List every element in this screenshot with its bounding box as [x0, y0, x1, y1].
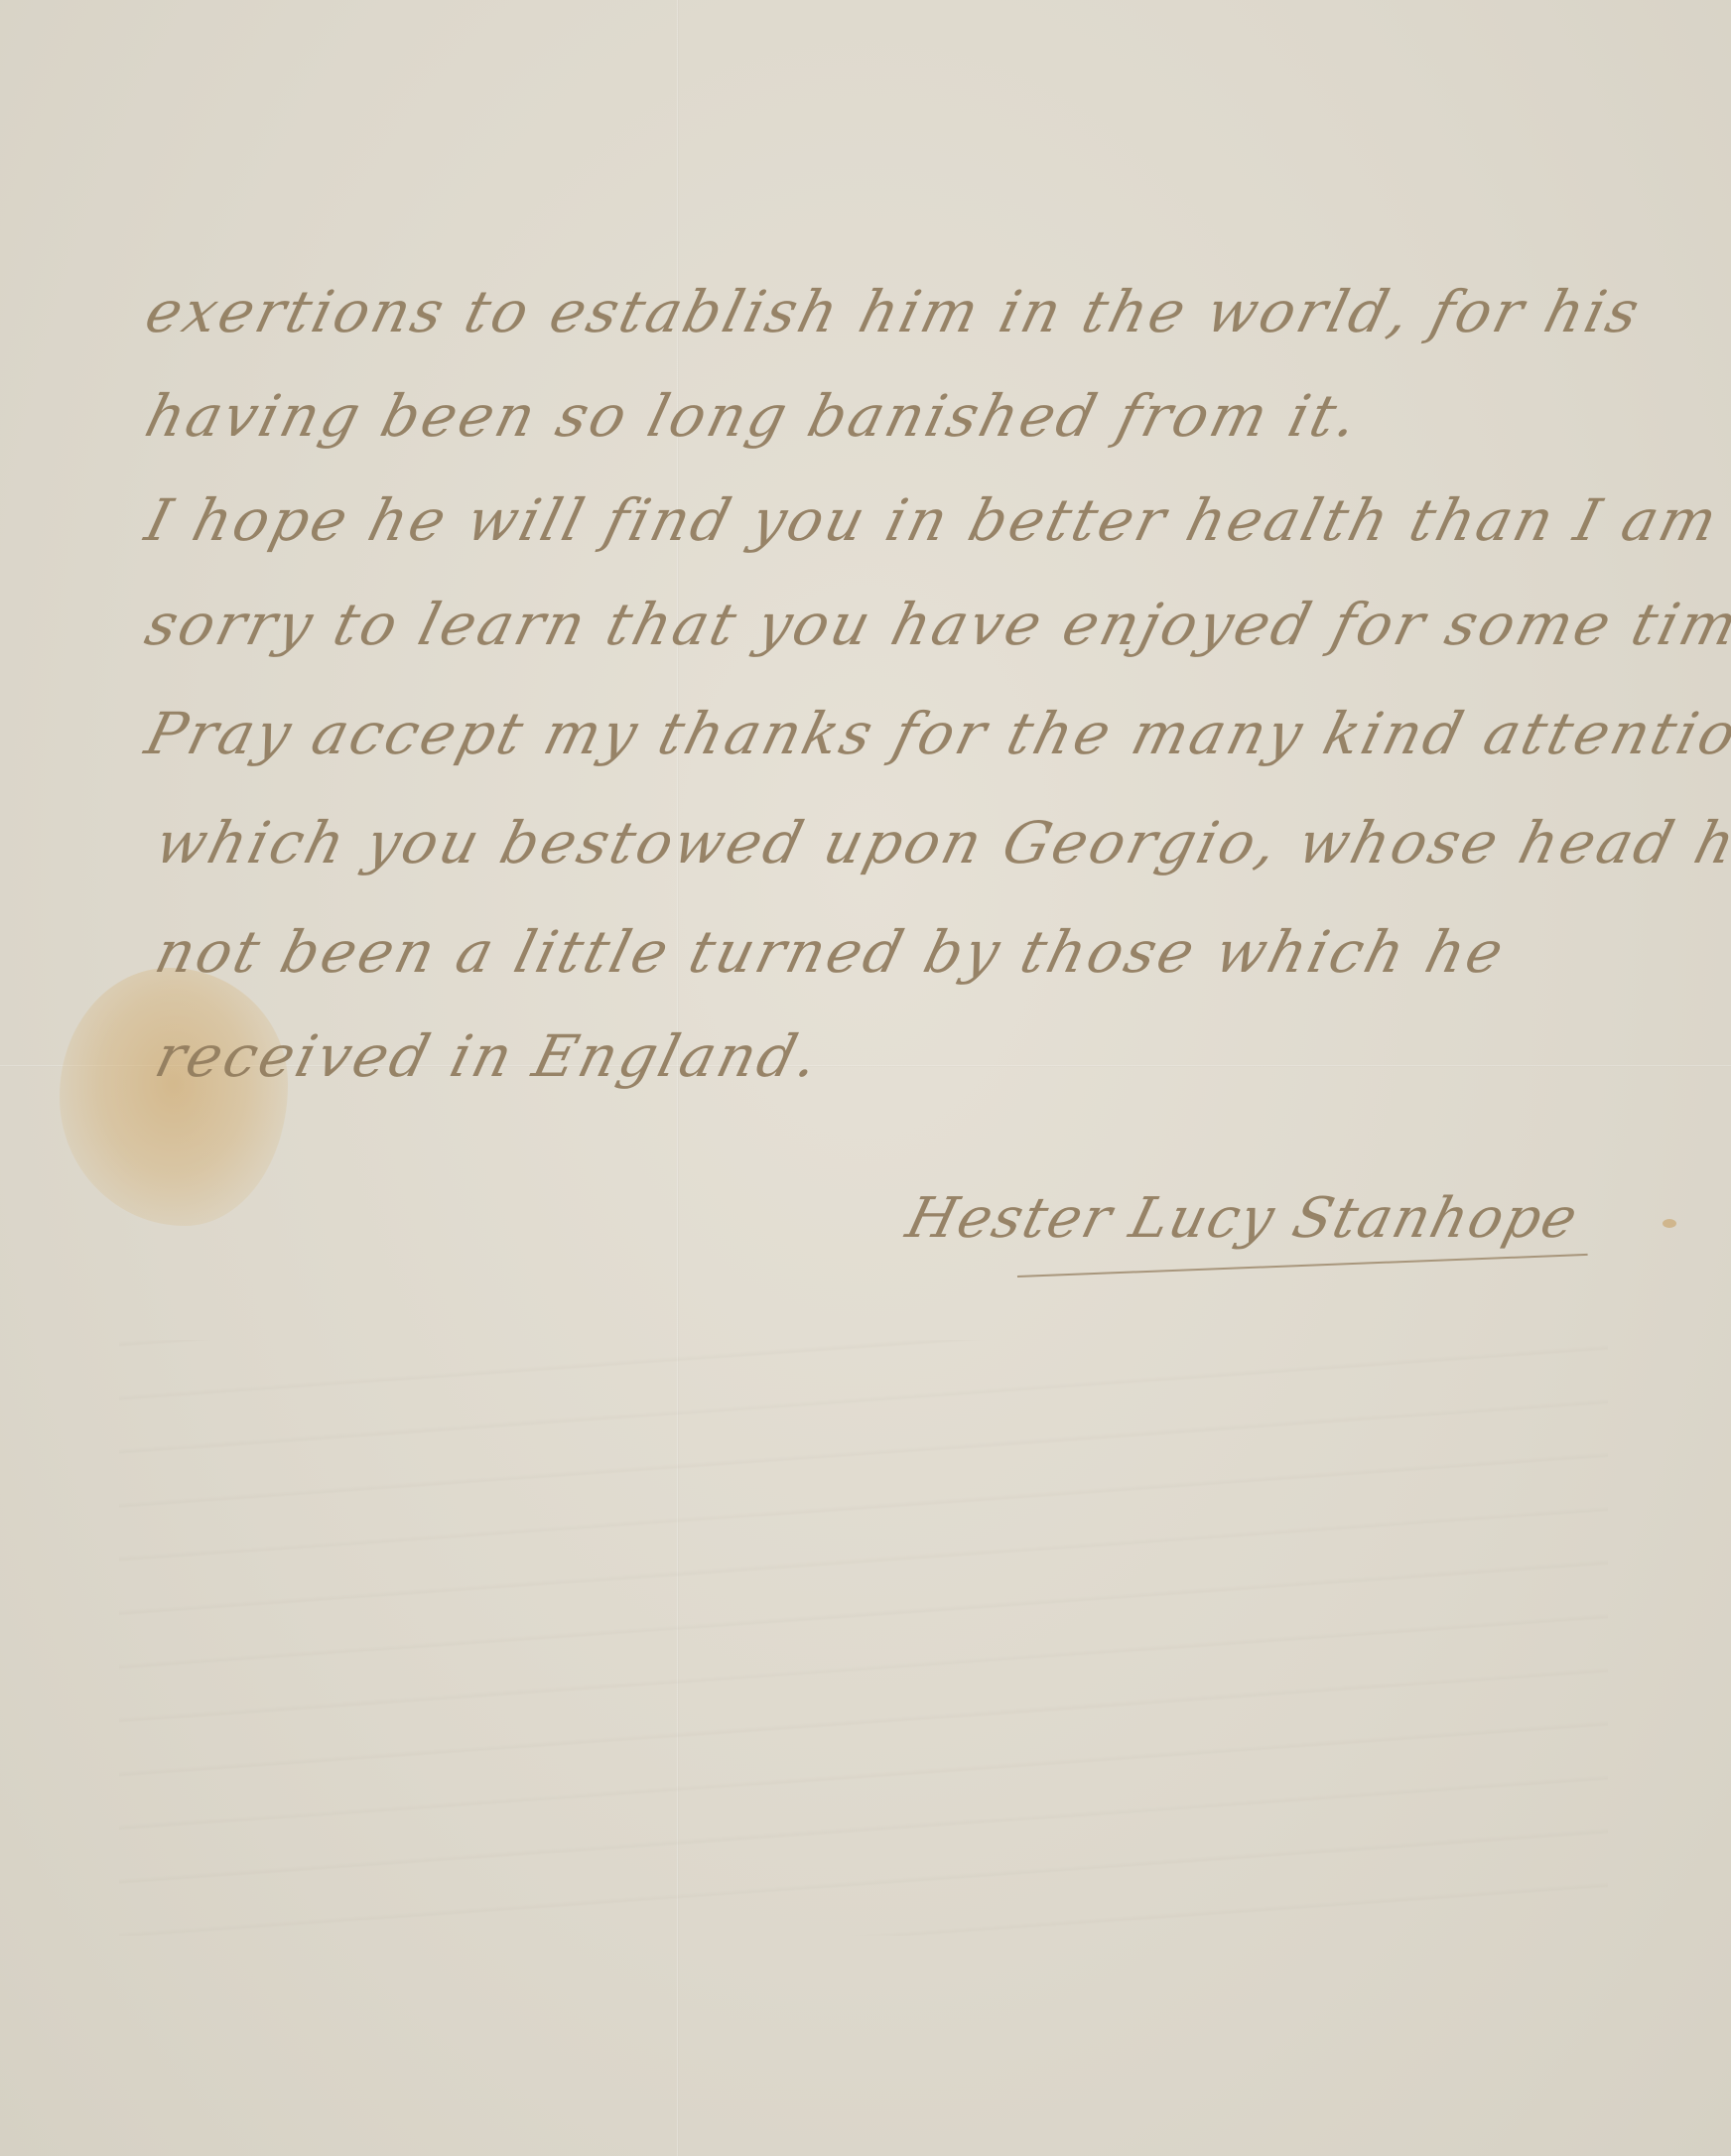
letter-line-5: Pray accept my thanks for the many kind …	[139, 700, 1731, 767]
signature-underline	[1017, 1254, 1588, 1278]
signature: Hester Lucy Stanhope	[900, 1186, 1585, 1251]
ink-bleed-through	[119, 1340, 1608, 1936]
letter-line-6: which you bestowed upon Georgio, whose h…	[149, 809, 1731, 876]
letter-line-8: received in England.	[149, 1022, 828, 1090]
letter-line-2: having been so long banished from it.	[139, 382, 1368, 450]
letter-line-1: exertions to establish him in the world,…	[139, 278, 1649, 345]
ink-speck	[1663, 1219, 1676, 1228]
water-stain	[60, 968, 288, 1226]
letter-line-3: I hope he will find you in better health…	[139, 486, 1726, 554]
letter-line-7: not been a little turned by those which …	[149, 918, 1513, 986]
letter-paper: exertions to establish him in the world,…	[0, 0, 1731, 2156]
letter-line-4: sorry to learn that you have enjoyed for…	[139, 591, 1731, 658]
